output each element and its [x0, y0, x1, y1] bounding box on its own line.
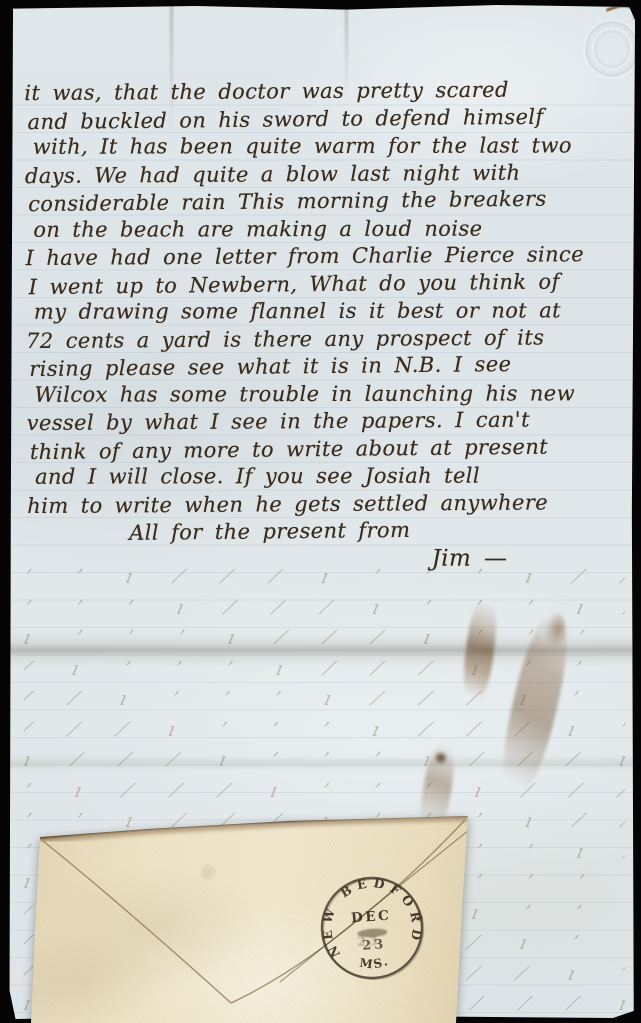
envelope-shape: NEW BEDFORD DEC 23 23 MS.: [28, 810, 473, 1023]
postmark: NEW BEDFORD DEC 23 23 MS.: [316, 871, 429, 983]
embossed-seal-inner: [592, 28, 632, 70]
embossed-seal: [584, 20, 640, 78]
letter-line: on the beach are making a loud noise: [25, 215, 616, 244]
letter-line: and buckled on his sword to defend himse…: [24, 102, 615, 136]
envelope: NEW BEDFORD DEC 23 23 MS.: [28, 810, 473, 1023]
postmark-state-text: MS.: [358, 953, 392, 972]
letter-line: vessel by what I see in the papers. I ca…: [27, 406, 618, 438]
letter-line: I have had one letter from Charlie Pierc…: [25, 241, 616, 273]
letter-closing: All for the present from: [27, 516, 512, 549]
letter-line: Wilcox has some trouble in launching his…: [26, 380, 617, 409]
letter-line: and I will close. If you see Josiah tell: [27, 462, 618, 491]
postmark-month: DEC: [351, 908, 392, 927]
postmark-day: 23: [362, 937, 387, 954]
postmark-state: MS.: [358, 953, 392, 972]
letter-line: think of any more to write about at pres…: [27, 432, 618, 466]
letter-line: my drawing some flannel is it best or no…: [26, 297, 617, 326]
letter-signature: Jim —: [28, 545, 619, 574]
envelope-stain-faint: [201, 865, 215, 879]
scanned-document: ʼ ʼ ı ⁄ ⁄ ⁄ ı ʼ ʼ ʼ ı ⁄ ⁄ ʼ ʼ ʼ ı ⁄ ⁄ ⁄ …: [0, 0, 641, 1023]
envelope-flap-seam-right: [231, 820, 465, 1003]
letter-line: with, It has been quite warm for the las…: [25, 132, 616, 161]
letter-line: it was, that the doctor was pretty scare…: [24, 76, 615, 108]
envelope-flap-seam-left: [43, 841, 231, 1003]
letter-line: I went up to Newbern, What do you think …: [26, 267, 617, 301]
letter-line: considerable rain This morning the break…: [25, 185, 616, 219]
letter-body: it was, that the doctor was pretty scare…: [24, 76, 618, 575]
envelope-top-grime: [38, 816, 469, 839]
letter-line: him to write when he gets settled anywhe…: [27, 488, 618, 520]
envelope-detail: NEW BEDFORD DEC 23 23 MS.: [28, 810, 473, 1023]
letter-line: rising please see what it is in N.B. I s…: [26, 350, 617, 384]
